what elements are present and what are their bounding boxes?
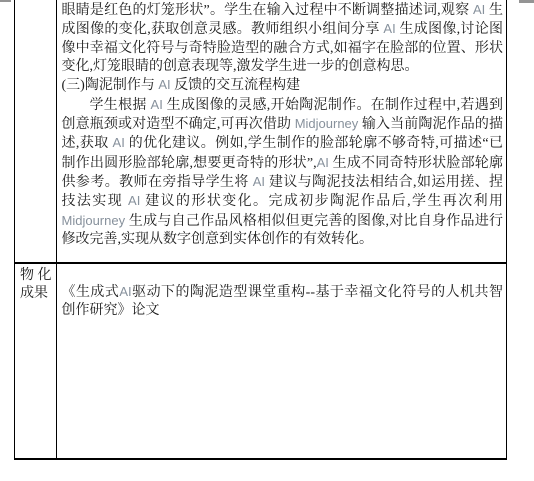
latin-term: AI <box>119 284 131 299</box>
latin-term: AI <box>158 77 170 92</box>
latin-term: AI <box>128 193 140 208</box>
cropped-edge-fragment-left <box>0 0 11 2</box>
row-label-line: 物 化 <box>20 267 56 285</box>
latin-term: AI <box>113 135 125 150</box>
latin-term: AI <box>151 97 163 112</box>
text-run: 生成与自己作品风格相似但更完善的图像,对比自身作品进行修改完善,实现从数字创意到… <box>62 214 504 247</box>
latin-term: AI <box>473 2 485 17</box>
latin-term: Midjourney <box>62 213 126 228</box>
paragraph: (三)陶泥制作与 AI 反馈的交互流程构建 <box>62 76 504 95</box>
document-page: 眼睛是红色的灯笼形状”。学生在输入过程中不断调整描述词,观察 AI 生成图像的变… <box>0 0 534 481</box>
paragraph: 眼睛是红色的灯笼形状”。学生在输入过程中不断调整描述词,观察 AI 生成图像的变… <box>62 1 504 76</box>
table-cell-row2-label: 物 化 成果 <box>15 264 56 460</box>
text-run: 《生成式 <box>62 285 120 300</box>
text-run: 眼睛是红色的灯笼形状”。学生在输入过程中不断调整描述词,观察 <box>62 3 474 18</box>
table-cell-row1-label <box>15 0 56 262</box>
latin-term: AI <box>317 155 329 170</box>
text-run: 反馈的交互流程构建 <box>171 78 301 93</box>
cropped-edge-fragment-right <box>519 0 534 3</box>
paragraph: 《生成式AI驱动下的陶泥造型课堂重构--基于幸福文化符号的人机共智创作研究》论文 <box>62 283 504 321</box>
table-cell-row2-content: 《生成式AI驱动下的陶泥造型课堂重构--基于幸福文化符号的人机共智创作研究》论文 <box>57 264 503 460</box>
text-run: 建议的形状变化。完成初步陶泥作品后,学生再次利用 <box>140 194 503 209</box>
latin-term: AI <box>383 21 395 36</box>
text-run: 学生根据 <box>90 98 151 113</box>
paragraph: 学生根据 AI 生成图像的灵感,开始陶泥制作。在制作过程中,若遇到创意瓶颈或对造… <box>62 96 504 250</box>
document-table: 眼睛是红色的灯笼形状”。学生在输入过程中不断调整描述词,观察 AI 生成图像的变… <box>14 0 507 460</box>
latin-term: Midjourney <box>295 116 359 131</box>
latin-term: AI <box>253 174 265 189</box>
text-run: (三)陶泥制作与 <box>62 78 159 93</box>
row-label-line: 成果 <box>20 285 56 303</box>
table-cell-row1-content: 眼睛是红色的灯笼形状”。学生在输入过程中不断调整描述词,观察 AI 生成图像的变… <box>57 1 503 262</box>
